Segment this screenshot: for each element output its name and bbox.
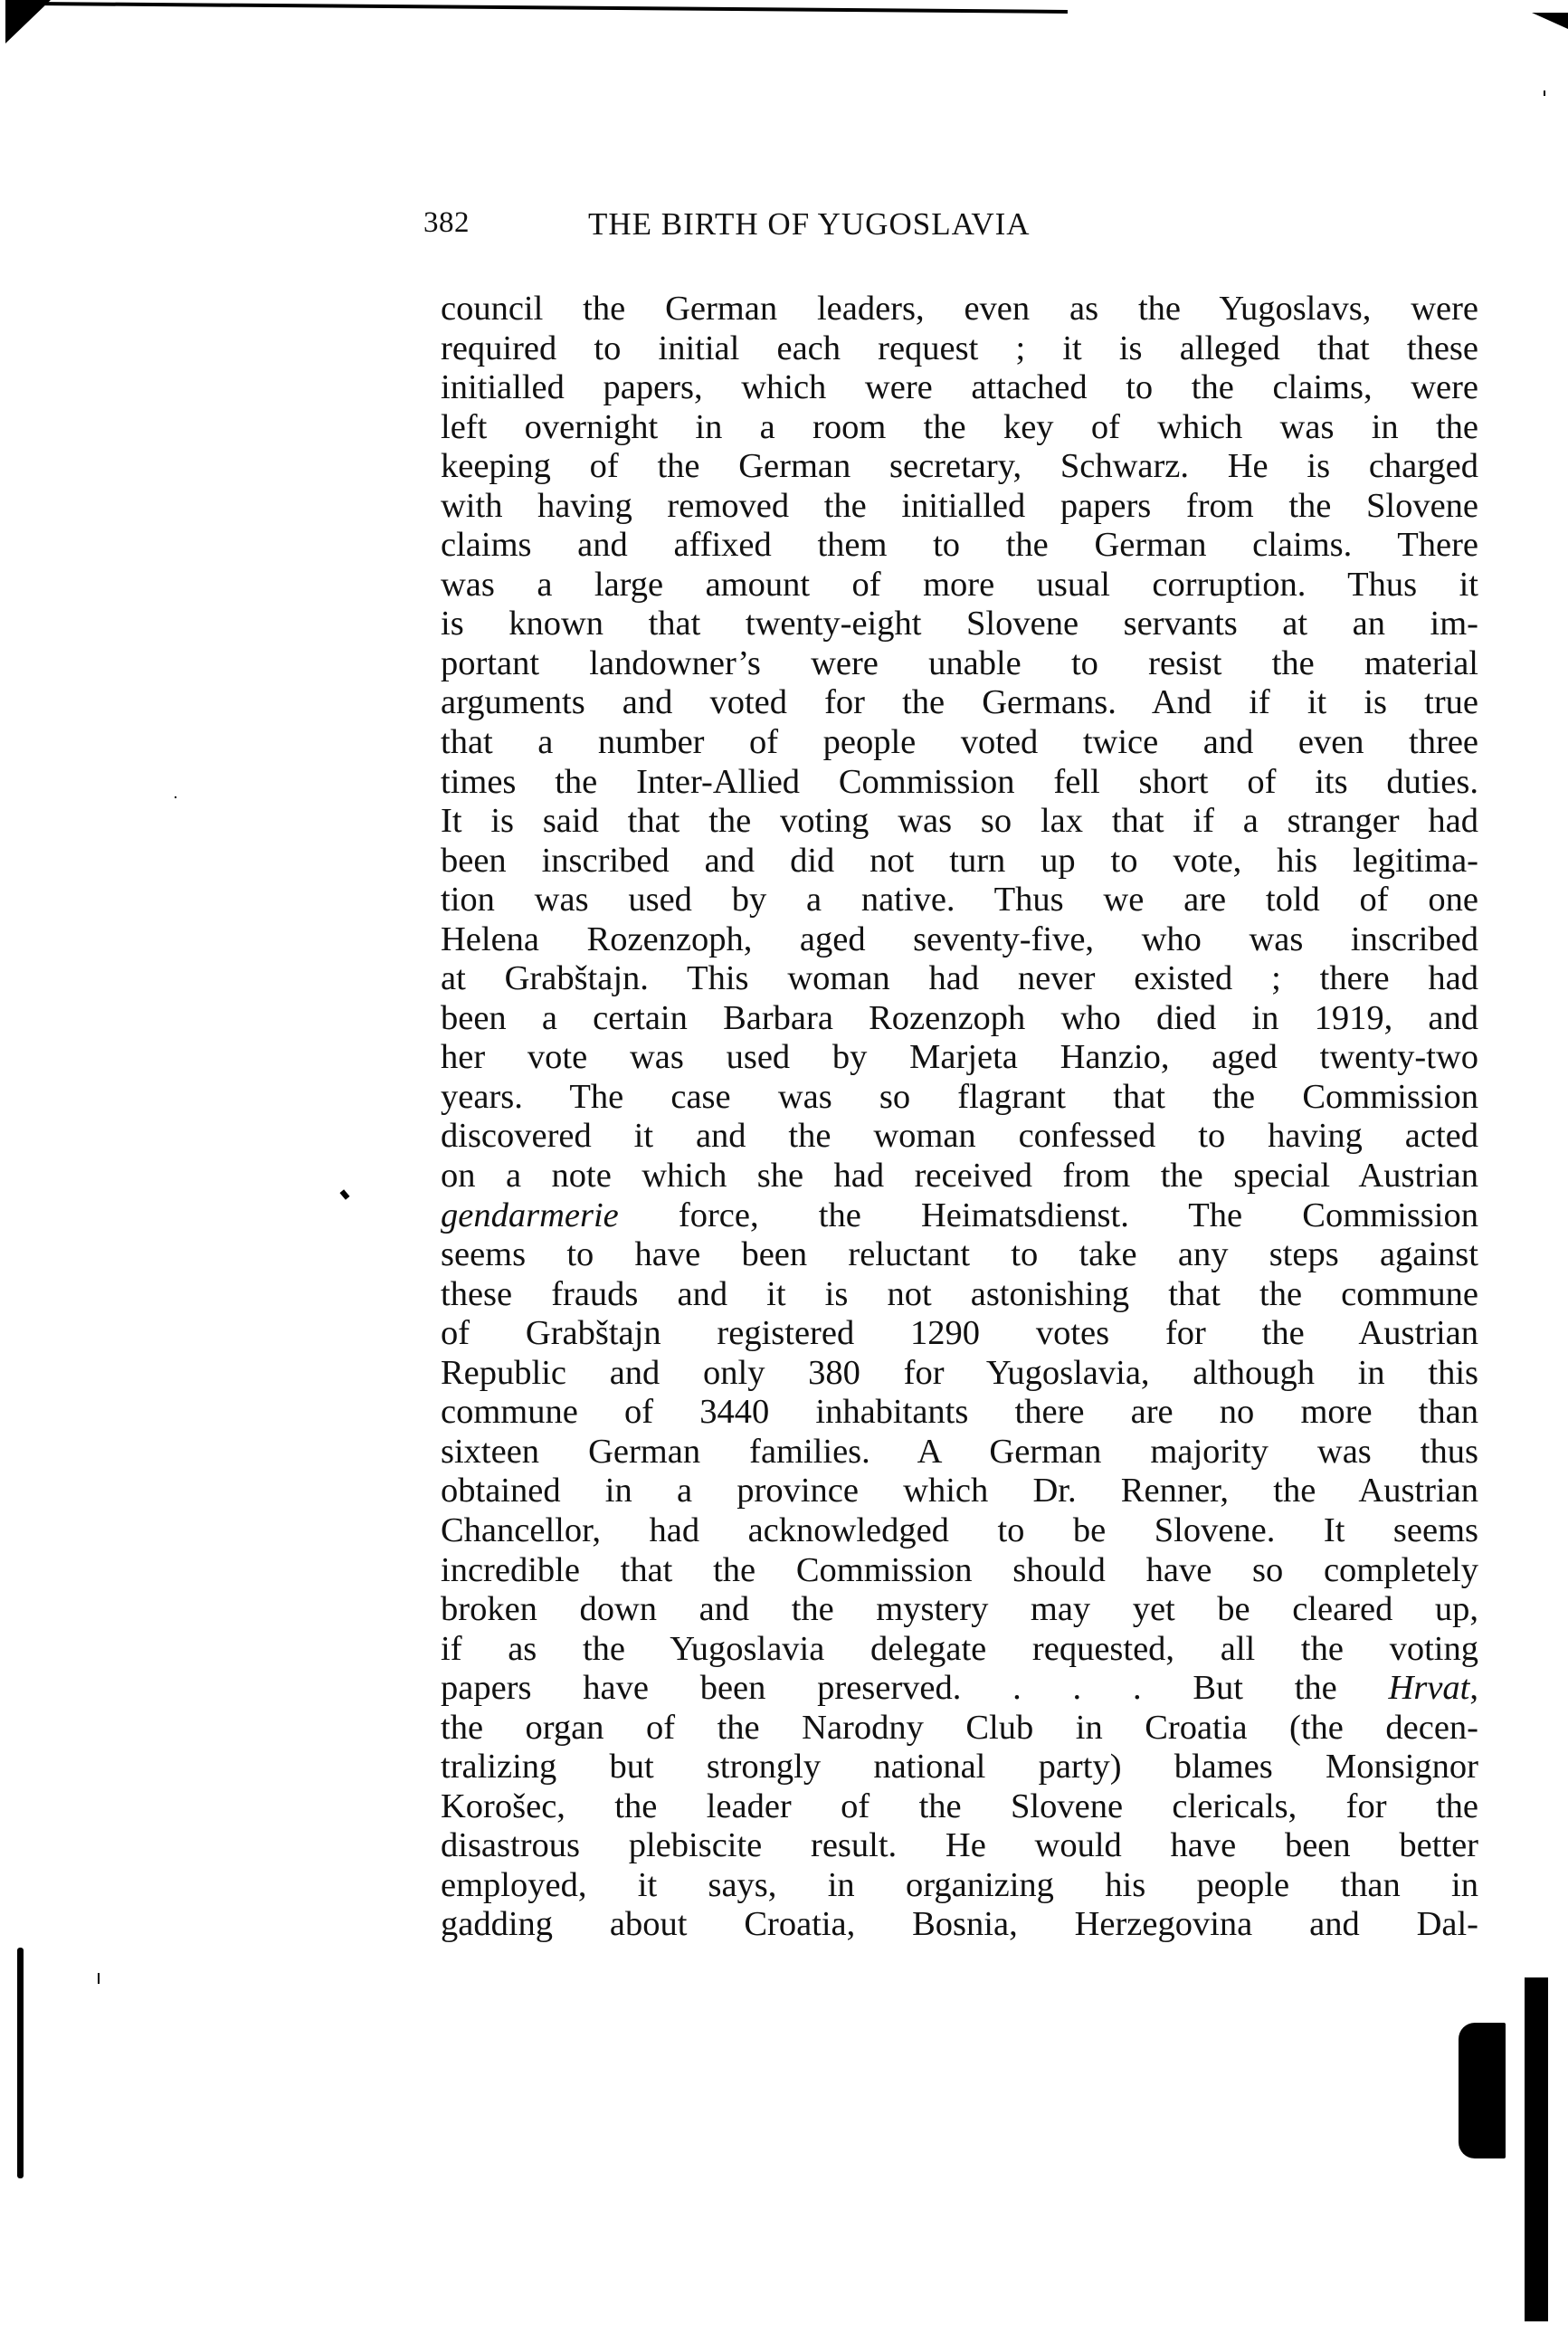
scan-edge-line-top (36, 2, 1068, 14)
text-line: disastrous plebiscite result. He would h… (441, 1826, 1478, 1866)
text-line: papers have been preserved. . . . But th… (441, 1669, 1478, 1709)
line-text: been a certain Barbara Rozenzoph who die… (441, 999, 1478, 1037)
line-text: the organ of the Narodny Club in Croatia… (441, 1709, 1478, 1747)
text-line: tion was used by a native. Thus we are t… (441, 881, 1478, 920)
line-text: required to initial each request ; it is… (441, 329, 1478, 367)
text-line: required to initial each request ; it is… (441, 329, 1478, 369)
text-line: Helena Rozenzoph, aged seventy-five, who… (441, 920, 1478, 960)
line-text: left overnight in a room the key of whic… (441, 408, 1478, 446)
line-text: of Grabštajn registered 1290 votes for t… (441, 1314, 1478, 1352)
line-text: her vote was used by Marjeta Hanzio, age… (441, 1038, 1478, 1076)
text-line: at Grabštajn. This woman had never exist… (441, 959, 1478, 999)
line-text: disastrous plebiscite result. He would h… (441, 1826, 1478, 1864)
text-line: with having removed the initialled paper… (441, 487, 1478, 527)
line-text: arguments and voted for the Germans. And… (441, 683, 1478, 721)
text-line: arguments and voted for the Germans. And… (441, 683, 1478, 723)
text-line: seems to have been reluctant to take any… (441, 1235, 1478, 1275)
scan-speck (175, 796, 176, 798)
line-text: initialled papers, which were attached t… (441, 368, 1478, 406)
text-line: been a certain Barbara Rozenzoph who die… (441, 999, 1478, 1039)
line-text: tion was used by a native. Thus we are t… (441, 881, 1478, 919)
text-line: on a note which she had received from th… (441, 1157, 1478, 1196)
line-text: was a large amount of more usual corrupt… (441, 566, 1478, 604)
text-line: incredible that the Commission should ha… (441, 1551, 1478, 1591)
text-line: initialled papers, which were attached t… (441, 368, 1478, 408)
line-text: sixteen German families. A German majori… (441, 1433, 1478, 1471)
line-text: It is said that the voting was so lax th… (441, 802, 1478, 840)
text-line: It is said that the voting was so lax th… (441, 802, 1478, 842)
text-line: her vote was used by Marjeta Hanzio, age… (441, 1038, 1478, 1078)
text-line: sixteen German families. A German majori… (441, 1433, 1478, 1472)
line-text: if as the Yugoslavia delegate requested,… (441, 1630, 1478, 1668)
line-text: broken down and the mystery may yet be c… (441, 1590, 1478, 1628)
line-text: portant landowner’s were unable to resis… (441, 644, 1478, 682)
line-text: gadding about Croatia, Bosnia, Herzegovi… (441, 1905, 1478, 1943)
line-text: papers have been preserved. . . . But th… (441, 1669, 1389, 1707)
text-line: these frauds and it is not astonishing t… (441, 1275, 1478, 1315)
line-text: incredible that the Commission should ha… (441, 1551, 1478, 1589)
scan-mark-left-margin (17, 1948, 24, 2178)
text-line: Korošec, the leader of the Slovene cleri… (441, 1787, 1478, 1827)
scan-shadow-top-left (5, 0, 51, 43)
line-text: obtained in a province which Dr. Renner,… (441, 1472, 1478, 1510)
scan-speck (1544, 91, 1545, 96)
text-line: discovered it and the woman confessed to… (441, 1117, 1478, 1157)
line-text: seems to have been reluctant to take any… (441, 1235, 1478, 1273)
scan-shadow-top-right (1532, 13, 1568, 29)
scan-speck (98, 1973, 100, 1984)
line-text: Helena Rozenzoph, aged seventy-five, who… (441, 920, 1478, 958)
line-text: these frauds and it is not astonishing t… (441, 1275, 1478, 1313)
line-text: Korošec, the leader of the Slovene cleri… (441, 1787, 1478, 1825)
text-line: obtained in a province which Dr. Renner,… (441, 1472, 1478, 1511)
line-text: at Grabštajn. This woman had never exist… (441, 959, 1478, 997)
scan-speck (339, 1189, 349, 1200)
line-text: Republic and only 380 for Yugoslavia, al… (441, 1354, 1478, 1392)
text-line: the organ of the Narodny Club in Croatia… (441, 1709, 1478, 1749)
line-text: claims and affixed them to the German cl… (441, 526, 1478, 564)
scan-edge-bottom-right (1525, 1977, 1548, 2321)
text-line: commune of 3440 inhabitants there are no… (441, 1393, 1478, 1433)
text-line: years. The case was so flagrant that the… (441, 1078, 1478, 1118)
body-text: council the German leaders, even as the … (441, 290, 1478, 1945)
text-line: tralizing but strongly national party) b… (441, 1748, 1478, 1787)
page-number: 382 (423, 206, 470, 240)
text-line: broken down and the mystery may yet be c… (441, 1590, 1478, 1630)
page-header: 382 THE BIRTH OF YUGOSLAVIA (423, 206, 1482, 246)
running-title: THE BIRTH OF YUGOSLAVIA (588, 206, 1031, 243)
text-line: Republic and only 380 for Yugoslavia, al… (441, 1354, 1478, 1394)
line-text: discovered it and the woman confessed to… (441, 1117, 1478, 1155)
text-line: if as the Yugoslavia delegate requested,… (441, 1630, 1478, 1670)
text-line: was a large amount of more usual corrupt… (441, 566, 1478, 605)
text-line: times the Inter-Allied Commission fell s… (441, 763, 1478, 803)
line-text: with having removed the initialled paper… (441, 487, 1478, 525)
line-text: that a number of people voted twice and … (441, 723, 1478, 761)
line-text: tralizing but strongly national party) b… (441, 1748, 1478, 1786)
italic-title-hrvat: Hrvat (1389, 1669, 1470, 1707)
text-line: employed, it says, in organizing his peo… (441, 1866, 1478, 1906)
text-line: left overnight in a room the key of whic… (441, 408, 1478, 448)
line-text: council the German leaders, even as the … (441, 290, 1478, 328)
line-text: times the Inter-Allied Commission fell s… (441, 763, 1478, 801)
line-text: Chancellor, had acknowledged to be Slove… (441, 1511, 1478, 1549)
line-text: is known that twenty-eight Slovene serva… (441, 605, 1478, 643)
text-line: portant landowner’s were unable to resis… (441, 644, 1478, 684)
line-text: commune of 3440 inhabitants there are no… (441, 1393, 1478, 1431)
line-text: keeping of the German secretary, Schwarz… (441, 447, 1478, 485)
text-line: that a number of people voted twice and … (441, 723, 1478, 763)
line-text: years. The case was so flagrant that the… (441, 1078, 1478, 1116)
italic-term-gendarmerie: gendarmerie (441, 1196, 619, 1234)
scan-shadow-bottom-right (1459, 2023, 1506, 2158)
line-text: been inscribed and did not turn up to vo… (441, 842, 1478, 880)
text-line: claims and affixed them to the German cl… (441, 526, 1478, 566)
line-text: employed, it says, in organizing his peo… (441, 1866, 1478, 1904)
line-text: , (1469, 1669, 1478, 1707)
text-line: keeping of the German secretary, Schwarz… (441, 447, 1478, 487)
text-line: been inscribed and did not turn up to vo… (441, 842, 1478, 881)
line-text: force, the Heimatsdienst. The Commission (619, 1196, 1478, 1234)
text-line: gadding about Croatia, Bosnia, Herzegovi… (441, 1905, 1478, 1945)
text-line: gendarmerie force, the Heimatsdienst. Th… (441, 1196, 1478, 1236)
text-line: council the German leaders, even as the … (441, 290, 1478, 329)
text-line: of Grabštajn registered 1290 votes for t… (441, 1314, 1478, 1354)
line-text: on a note which she had received from th… (441, 1157, 1478, 1195)
text-line: is known that twenty-eight Slovene serva… (441, 605, 1478, 644)
text-line: Chancellor, had acknowledged to be Slove… (441, 1511, 1478, 1551)
